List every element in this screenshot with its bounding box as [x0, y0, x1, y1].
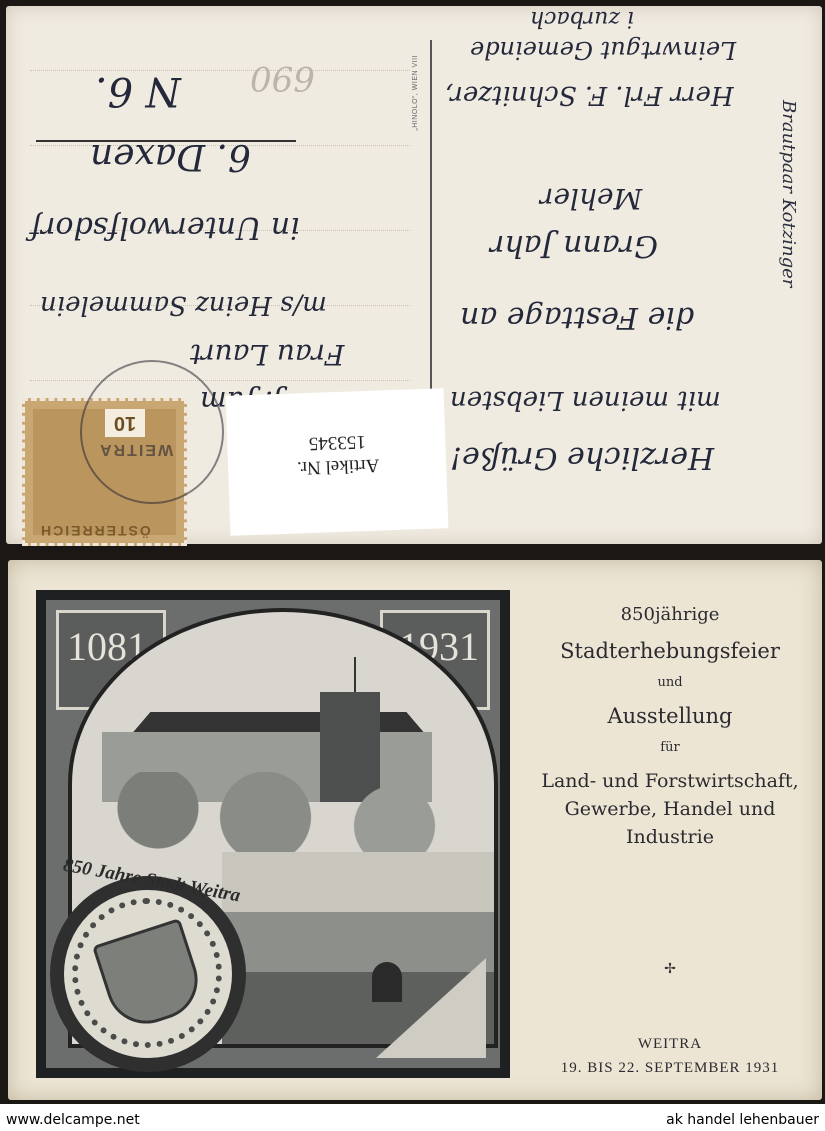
- event-dates: 19. BIS 22. SEPTEMBER 1931: [520, 1060, 820, 1077]
- stamp-country: ÖSTERREICH: [39, 523, 151, 539]
- message-line: Herr Frl. F. Schnitzer,: [445, 80, 734, 110]
- article-number: 153345: [277, 428, 398, 456]
- event-place: WEITRA: [520, 1036, 820, 1053]
- postmark-text: WEITRA: [98, 440, 173, 458]
- handwritten-address-1: in Unterwolfsdorf: [30, 210, 300, 245]
- town-gate: [372, 962, 402, 1002]
- sectors-line-1: Land- und Forstwirtschaft,: [520, 767, 820, 795]
- center-divider: [430, 40, 432, 390]
- article-label-text: Artikel Nr. 153345: [277, 428, 399, 480]
- address-line: [30, 380, 410, 381]
- message-line: i zurbach: [530, 6, 634, 31]
- seller-watermark: ak handel lehenbauer: [666, 1112, 819, 1128]
- article-label: Artikel Nr. 153345: [226, 388, 449, 536]
- article-label-title: Artikel Nr.: [278, 452, 399, 480]
- trees: [72, 772, 498, 862]
- site-watermark: www.delcampe.net: [6, 1112, 140, 1128]
- conjunction-und: und: [520, 675, 820, 690]
- message-line: mit meinen Liebsten: [450, 385, 721, 415]
- printer-imprint: „HINOLO“, WIEN VIII: [412, 55, 419, 131]
- exhibition-title: Ausstellung: [520, 704, 820, 728]
- preposition-fuer: für: [520, 740, 820, 755]
- pencil-mark: 690: [250, 58, 315, 98]
- anniversary-line: 850jährige: [520, 604, 820, 625]
- message-line: die Festtage an: [460, 300, 694, 335]
- event-text: 850jährige Stadterhebungsfeier und Ausst…: [520, 600, 820, 851]
- margin-note: Brautpaar Kotzinger: [778, 100, 799, 287]
- handwritten-place: 6. Daxen: [90, 136, 251, 177]
- message-line: Herzliche Grüße!: [450, 440, 714, 475]
- castle-illustration: 1081 1931 850 Jahre Stadt Weitra HUBER: [36, 590, 510, 1078]
- postmark-circle: [80, 360, 224, 504]
- handwritten-number: N 6.: [95, 68, 181, 114]
- sectors-line-2: Gewerbe, Handel und: [520, 795, 820, 823]
- celebration-title: Stadterhebungsfeier: [520, 639, 820, 663]
- message-line: Leinwrtgut Gemeinde: [470, 36, 736, 64]
- message-line: Grann Jahr: [490, 228, 658, 263]
- flag-icon: [354, 657, 356, 697]
- illustration-frame: 1081 1931 850 Jahre Stadt Weitra HUBER: [46, 600, 500, 1068]
- handwritten-address-2: m/s Heinz Sammelein: [40, 290, 327, 320]
- sectors-line-3: Industrie: [520, 823, 820, 851]
- cross-ornament-icon: ✢: [520, 960, 820, 977]
- address-line: [30, 70, 410, 71]
- handwritten-address-3: Frau Laurt: [190, 338, 344, 371]
- message-line: Mehler: [540, 182, 642, 215]
